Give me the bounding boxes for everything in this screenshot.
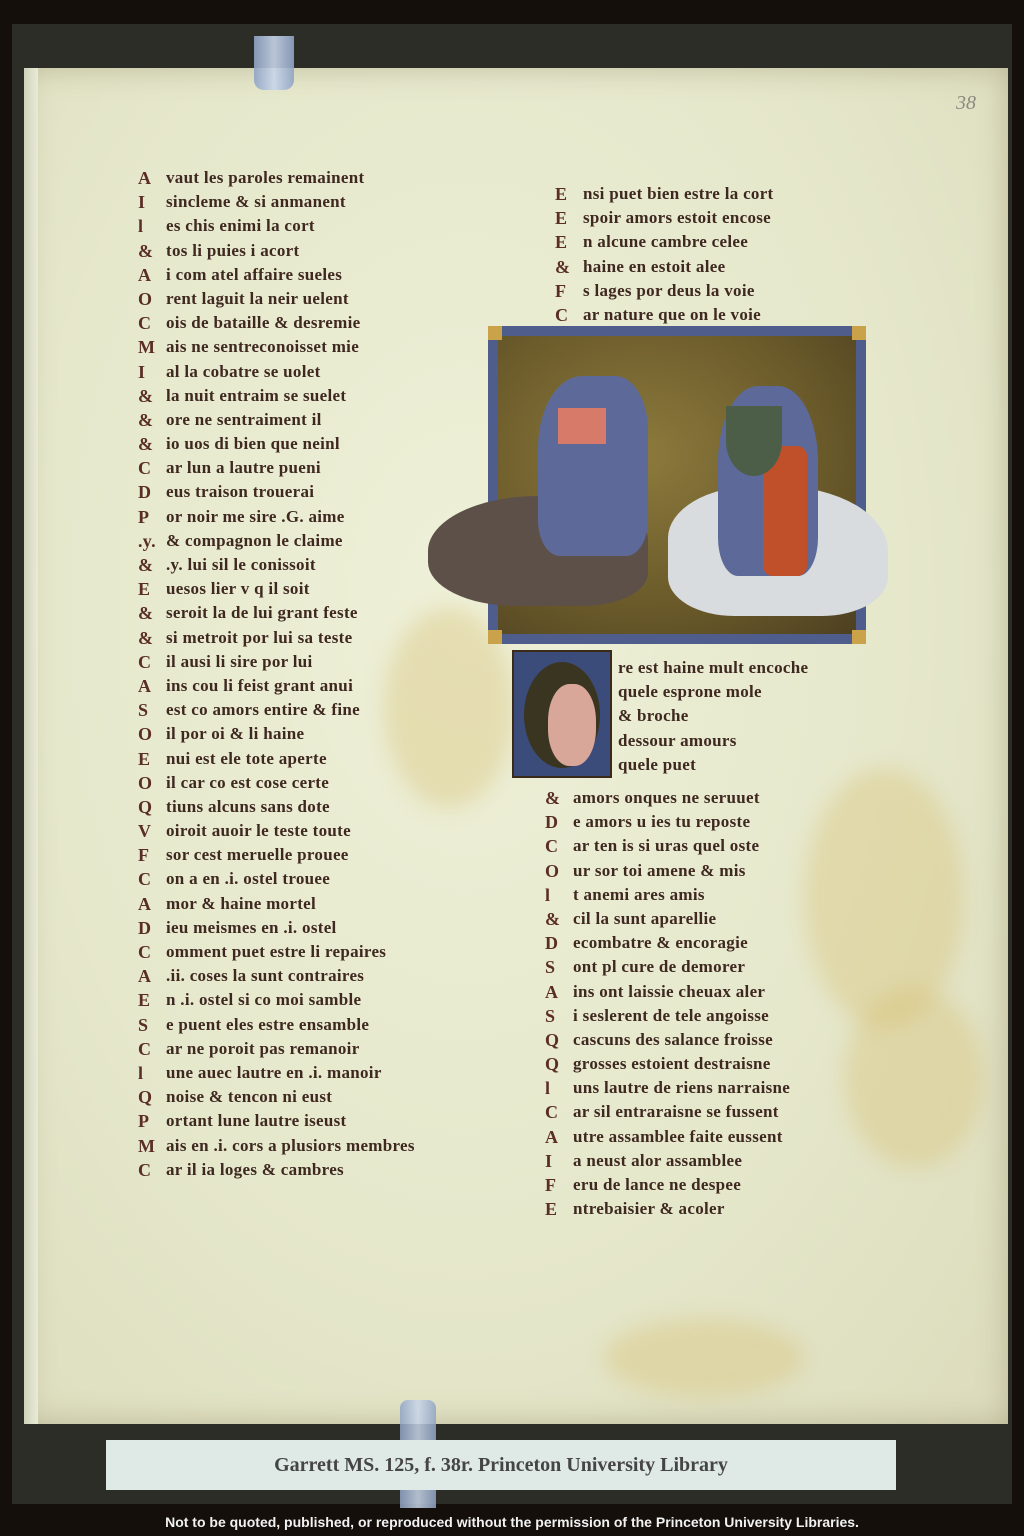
line-text: il ausi li sire por lui bbox=[166, 650, 313, 674]
text-line: Voiroit auoir le teste toute bbox=[138, 819, 415, 843]
text-line: Qgrosses estoient destraisne bbox=[545, 1052, 790, 1076]
line-initial: I bbox=[545, 1149, 573, 1173]
line-text: uns lautre de riens narraisne bbox=[573, 1076, 790, 1100]
text-line: Si seslerent de tele angoisse bbox=[545, 1004, 790, 1028]
decorated-initial bbox=[512, 650, 612, 778]
line-text: ais en .i. cors a plusiors membres bbox=[166, 1134, 415, 1158]
line-text: es chis enimi la cort bbox=[166, 214, 315, 238]
text-line: Enui est ele tote aperte bbox=[138, 747, 415, 771]
line-initial: P bbox=[138, 505, 166, 529]
line-text: ieu meismes en .i. ostel bbox=[166, 916, 337, 940]
text-line: Se puent eles estre ensamble bbox=[138, 1013, 415, 1037]
text-line: &.y. lui sil le conissoit bbox=[138, 553, 415, 577]
line-text: sincleme & si anmanent bbox=[166, 190, 346, 214]
line-text: or noir me sire .G. aime bbox=[166, 505, 345, 529]
text-line: Comment puet estre li repaires bbox=[138, 940, 415, 964]
text-line: Ai com atel affaire sueles bbox=[138, 263, 415, 287]
text-line: Mais en .i. cors a plusiors membres bbox=[138, 1134, 415, 1158]
text-line: Con a en .i. ostel trouee bbox=[138, 867, 415, 891]
left-text-column: Avaut les paroles remainentIsincleme & s… bbox=[138, 166, 415, 1182]
text-line: &seroit la de lui grant feste bbox=[138, 601, 415, 625]
text-line: .y.& compagnon le claime bbox=[138, 529, 415, 553]
line-initial: E bbox=[555, 230, 583, 254]
text-line: Sont pl cure de demorer bbox=[545, 955, 790, 979]
line-text: est co amors entire & fine bbox=[166, 698, 360, 722]
line-initial: & bbox=[545, 907, 573, 931]
line-initial: O bbox=[138, 771, 166, 795]
line-initial: C bbox=[138, 650, 166, 674]
text-line: Car ne poroit pas remanoir bbox=[138, 1037, 415, 1061]
text-line: Sest co amors entire & fine bbox=[138, 698, 415, 722]
text-line: &haine en estoit alee bbox=[555, 255, 774, 279]
right-text-column-bottom: &amors onques ne seruuetDe amors u ies t… bbox=[545, 786, 790, 1221]
text-line: les chis enimi la cort bbox=[138, 214, 415, 238]
text-line: Car il ia loges & cambres bbox=[138, 1158, 415, 1182]
text-line: quele puet bbox=[618, 753, 808, 777]
line-text: uesos lier v q il soit bbox=[166, 577, 310, 601]
line-initial: O bbox=[545, 859, 573, 883]
line-initial: A bbox=[545, 980, 573, 1004]
line-initial: C bbox=[545, 834, 573, 858]
line-initial: I bbox=[138, 190, 166, 214]
text-line: Qtiuns alcuns sans dote bbox=[138, 795, 415, 819]
line-text: vaut les paroles remainent bbox=[166, 166, 364, 190]
text-line: Qcascuns des salance froisse bbox=[545, 1028, 790, 1052]
line-text: & compagnon le claime bbox=[166, 529, 343, 553]
green-shield bbox=[726, 406, 782, 476]
text-line: quele esprone mole bbox=[618, 680, 808, 704]
text-line: lt anemi ares amis bbox=[545, 883, 790, 907]
line-text: il por oi & li haine bbox=[166, 722, 304, 746]
line-initial: E bbox=[545, 1197, 573, 1221]
line-initial: l bbox=[138, 214, 166, 238]
text-line: Car lun a lautre pueni bbox=[138, 456, 415, 480]
line-text: oiroit auoir le teste toute bbox=[166, 819, 351, 843]
top-page-clip bbox=[254, 36, 294, 90]
line-text: si metroit por lui sa teste bbox=[166, 626, 352, 650]
line-text: ins ont laissie cheuax aler bbox=[573, 980, 765, 1004]
text-line: En alcune cambre celee bbox=[555, 230, 774, 254]
text-line: Feru de lance ne despee bbox=[545, 1173, 790, 1197]
text-line: & broche bbox=[618, 704, 808, 728]
line-initial: E bbox=[555, 182, 583, 206]
text-line: re est haine mult encoche bbox=[618, 656, 808, 680]
line-initial: S bbox=[138, 1013, 166, 1037]
text-line: Ensi puet bien estre la cort bbox=[555, 182, 774, 206]
line-text: haine en estoit alee bbox=[583, 255, 725, 279]
text-line: De amors u ies tu reposte bbox=[545, 810, 790, 834]
line-initial: E bbox=[555, 206, 583, 230]
line-initial: & bbox=[138, 432, 166, 456]
line-initial: Q bbox=[545, 1052, 573, 1076]
line-text: ar nature que on le voie bbox=[583, 303, 761, 327]
line-text: cascuns des salance froisse bbox=[573, 1028, 773, 1052]
line-text: sor cest meruelle prouee bbox=[166, 843, 349, 867]
line-text: tiuns alcuns sans dote bbox=[166, 795, 330, 819]
text-line: &io uos di bien que neinl bbox=[138, 432, 415, 456]
line-text: mor & haine mortel bbox=[166, 892, 316, 916]
text-line: Ains ont laissie cheuax aler bbox=[545, 980, 790, 1004]
line-initial: C bbox=[138, 1158, 166, 1182]
text-line: Entrebaisier & acoler bbox=[545, 1197, 790, 1221]
miniature-illustration bbox=[488, 326, 866, 644]
line-initial: C bbox=[555, 303, 583, 327]
text-line: Isincleme & si anmanent bbox=[138, 190, 415, 214]
text-line: Ia neust alor assamblee bbox=[545, 1149, 790, 1173]
line-initial: & bbox=[545, 786, 573, 810]
line-text: ntrebaisier & acoler bbox=[573, 1197, 725, 1221]
water-stain bbox=[804, 768, 964, 1028]
line-initial: Q bbox=[138, 795, 166, 819]
line-text: ois de bataille & desremie bbox=[166, 311, 360, 335]
line-text: dessour amours bbox=[618, 729, 737, 753]
initial-fill bbox=[548, 684, 596, 766]
line-initial: & bbox=[138, 626, 166, 650]
line-initial: V bbox=[138, 819, 166, 843]
line-text: .y. lui sil le conissoit bbox=[166, 553, 316, 577]
text-line: En .i. ostel si co moi samble bbox=[138, 988, 415, 1012]
text-line: Cois de bataille & desremie bbox=[138, 311, 415, 335]
text-line: Fs lages por deus la voie bbox=[555, 279, 774, 303]
line-text: nui est ele tote aperte bbox=[166, 747, 327, 771]
line-text: omment puet estre li repaires bbox=[166, 940, 386, 964]
text-line: Qnoise & tencon ni eust bbox=[138, 1085, 415, 1109]
text-line: Dieu meismes en .i. ostel bbox=[138, 916, 415, 940]
line-initial: S bbox=[545, 1004, 573, 1028]
text-line: Espoir amors estoit encose bbox=[555, 206, 774, 230]
line-text: amors onques ne seruuet bbox=[573, 786, 760, 810]
line-initial: C bbox=[138, 1037, 166, 1061]
text-line: Euesos lier v q il soit bbox=[138, 577, 415, 601]
catalog-label: Garrett MS. 125, f. 38r. Princeton Unive… bbox=[106, 1440, 896, 1490]
line-initial: C bbox=[138, 867, 166, 891]
line-text: io uos di bien que neinl bbox=[166, 432, 340, 456]
line-text: quele puet bbox=[618, 753, 696, 777]
line-text: ar il ia loges & cambres bbox=[166, 1158, 344, 1182]
line-initial: .y. bbox=[138, 529, 166, 553]
text-line: Our sor toi amene & mis bbox=[545, 859, 790, 883]
line-initial: E bbox=[138, 747, 166, 771]
line-text: cil la sunt aparellie bbox=[573, 907, 716, 931]
text-line: dessour amours bbox=[618, 729, 808, 753]
line-text: ore ne sentraiment il bbox=[166, 408, 322, 432]
line-initial: C bbox=[138, 456, 166, 480]
text-line: Avaut les paroles remainent bbox=[138, 166, 415, 190]
text-line: luns lautre de riens narraisne bbox=[545, 1076, 790, 1100]
frame-corner bbox=[852, 326, 866, 340]
line-initial: A bbox=[138, 674, 166, 698]
text-line: Amor & haine mortel bbox=[138, 892, 415, 916]
line-text: ar lun a lautre pueni bbox=[166, 456, 321, 480]
line-text: tos li puies i acort bbox=[166, 239, 300, 263]
line-text: quele esprone mole bbox=[618, 680, 762, 704]
line-initial: F bbox=[555, 279, 583, 303]
line-initial: l bbox=[545, 883, 573, 907]
line-text: i com atel affaire sueles bbox=[166, 263, 342, 287]
red-shield bbox=[558, 408, 606, 444]
folio-number: 38 bbox=[956, 92, 976, 115]
text-line: Car sil entraraisne se fussent bbox=[545, 1100, 790, 1124]
line-text: rent laguit la neir uelent bbox=[166, 287, 349, 311]
page-gutter bbox=[24, 68, 38, 1424]
line-initial: A bbox=[138, 892, 166, 916]
line-initial: A bbox=[138, 964, 166, 988]
text-line: A.ii. coses la sunt contraires bbox=[138, 964, 415, 988]
line-text: n alcune cambre celee bbox=[583, 230, 748, 254]
line-initial: M bbox=[138, 1134, 166, 1158]
line-initial: A bbox=[138, 166, 166, 190]
line-initial: M bbox=[138, 335, 166, 359]
text-line: Portant lune lautre iseust bbox=[138, 1109, 415, 1133]
line-text: i seslerent de tele angoisse bbox=[573, 1004, 769, 1028]
line-initial: C bbox=[138, 311, 166, 335]
line-initial: F bbox=[545, 1173, 573, 1197]
line-text: t anemi ares amis bbox=[573, 883, 705, 907]
blue-knight bbox=[538, 376, 648, 556]
line-initial: P bbox=[138, 1109, 166, 1133]
text-line: Ains cou li feist grant anui bbox=[138, 674, 415, 698]
frame-corner bbox=[488, 326, 502, 340]
line-text: ais ne sentreconoisset mie bbox=[166, 335, 359, 359]
line-text: on a en .i. ostel trouee bbox=[166, 867, 330, 891]
line-initial: & bbox=[138, 384, 166, 408]
line-text: e puent eles estre ensamble bbox=[166, 1013, 369, 1037]
text-line: &ore ne sentraiment il bbox=[138, 408, 415, 432]
line-text: e amors u ies tu reposte bbox=[573, 810, 750, 834]
line-initial: O bbox=[138, 722, 166, 746]
line-text: ar sil entraraisne se fussent bbox=[573, 1100, 779, 1124]
line-text: ins cou li feist grant anui bbox=[166, 674, 353, 698]
line-initial: F bbox=[138, 843, 166, 867]
line-initial: E bbox=[138, 577, 166, 601]
line-text: utre assamblee faite eussent bbox=[573, 1125, 783, 1149]
line-text: eus traison trouerai bbox=[166, 480, 314, 504]
line-initial: D bbox=[545, 810, 573, 834]
line-text: al la cobatre se uolet bbox=[166, 360, 321, 384]
text-line: &cil la sunt aparellie bbox=[545, 907, 790, 931]
text-line: Fsor cest meruelle prouee bbox=[138, 843, 415, 867]
initial-letter-o bbox=[524, 662, 600, 768]
text-line: Oil por oi & li haine bbox=[138, 722, 415, 746]
water-stain bbox=[604, 1318, 804, 1398]
line-text: spoir amors estoit encose bbox=[583, 206, 771, 230]
line-initial: D bbox=[545, 931, 573, 955]
line-text: re est haine mult encoche bbox=[618, 656, 808, 680]
line-text: il car co est cose certe bbox=[166, 771, 329, 795]
text-line: lune auec lautre en .i. manoir bbox=[138, 1061, 415, 1085]
line-text: ortant lune lautre iseust bbox=[166, 1109, 347, 1133]
text-line: &la nuit entraim se suelet bbox=[138, 384, 415, 408]
line-initial: C bbox=[138, 940, 166, 964]
line-initial: D bbox=[138, 480, 166, 504]
line-initial: I bbox=[138, 360, 166, 384]
line-text: nsi puet bien estre la cort bbox=[583, 182, 774, 206]
line-text: a neust alor assamblee bbox=[573, 1149, 742, 1173]
line-text: la nuit entraim se suelet bbox=[166, 384, 346, 408]
text-line: Orent laguit la neir uelent bbox=[138, 287, 415, 311]
text-line: Ial la cobatre se uolet bbox=[138, 360, 415, 384]
line-text: seroit la de lui grant feste bbox=[166, 601, 358, 625]
line-text: .ii. coses la sunt contraires bbox=[166, 964, 364, 988]
line-initial: & bbox=[138, 601, 166, 625]
right-text-column-initial: re est haine mult encochequele esprone m… bbox=[618, 656, 808, 777]
line-initial: E bbox=[138, 988, 166, 1012]
line-text: ecombatre & encoragie bbox=[573, 931, 748, 955]
line-initial: & bbox=[138, 408, 166, 432]
line-text: ar ne poroit pas remanoir bbox=[166, 1037, 360, 1061]
line-text: eru de lance ne despee bbox=[573, 1173, 741, 1197]
line-initial: & bbox=[555, 255, 583, 279]
line-initial: D bbox=[138, 916, 166, 940]
line-text: une auec lautre en .i. manoir bbox=[166, 1061, 382, 1085]
text-line: &si metroit por lui sa teste bbox=[138, 626, 415, 650]
line-initial: & bbox=[138, 239, 166, 263]
line-initial: S bbox=[138, 698, 166, 722]
text-line: &tos li puies i acort bbox=[138, 239, 415, 263]
text-line: &amors onques ne seruuet bbox=[545, 786, 790, 810]
line-initial: l bbox=[545, 1076, 573, 1100]
line-text: s lages por deus la voie bbox=[583, 279, 755, 303]
line-initial: O bbox=[138, 287, 166, 311]
right-text-column-top: Ensi puet bien estre la cortEspoir amors… bbox=[555, 182, 774, 327]
line-text: noise & tencon ni eust bbox=[166, 1085, 332, 1109]
text-line: Autre assamblee faite eussent bbox=[545, 1125, 790, 1149]
copyright-notice: Not to be quoted, published, or reproduc… bbox=[0, 1508, 1024, 1536]
line-text: n .i. ostel si co moi samble bbox=[166, 988, 361, 1012]
line-initial: Q bbox=[138, 1085, 166, 1109]
line-initial: & bbox=[138, 553, 166, 577]
line-initial: C bbox=[545, 1100, 573, 1124]
line-text: grosses estoient destraisne bbox=[573, 1052, 771, 1076]
line-text: ont pl cure de demorer bbox=[573, 955, 745, 979]
frame-corner bbox=[852, 630, 866, 644]
line-initial: S bbox=[545, 955, 573, 979]
text-line: Car nature que on le voie bbox=[555, 303, 774, 327]
line-initial: Q bbox=[545, 1028, 573, 1052]
line-text: ur sor toi amene & mis bbox=[573, 859, 746, 883]
line-text: & broche bbox=[618, 704, 689, 728]
text-line: Car ten is si uras quel oste bbox=[545, 834, 790, 858]
text-line: Oil car co est cose certe bbox=[138, 771, 415, 795]
line-text: ar ten is si uras quel oste bbox=[573, 834, 759, 858]
frame-corner bbox=[488, 630, 502, 644]
text-line: Por noir me sire .G. aime bbox=[138, 505, 415, 529]
line-initial: A bbox=[545, 1125, 573, 1149]
water-stain bbox=[844, 988, 984, 1168]
text-line: Deus traison trouerai bbox=[138, 480, 415, 504]
line-initial: A bbox=[138, 263, 166, 287]
text-line: Cil ausi li sire por lui bbox=[138, 650, 415, 674]
text-line: Mais ne sentreconoisset mie bbox=[138, 335, 415, 359]
text-line: Decombatre & encoragie bbox=[545, 931, 790, 955]
line-initial: l bbox=[138, 1061, 166, 1085]
